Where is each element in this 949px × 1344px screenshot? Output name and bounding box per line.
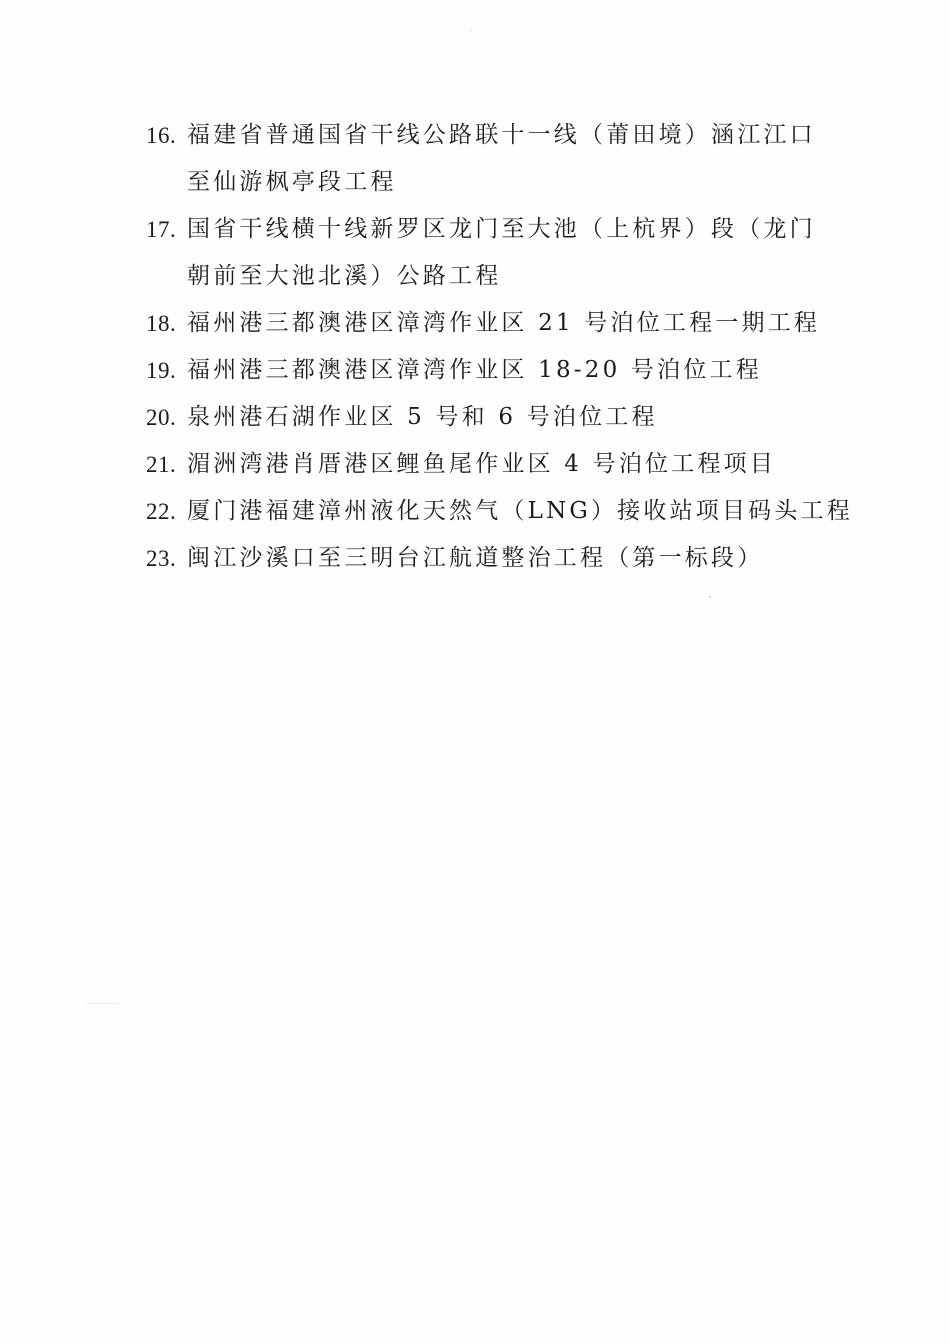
document-page: 16. 福建省普通国省干线公路联十一线（莆田境）涵江江口 至仙游枫亭段工程 17…	[0, 0, 949, 1344]
item-text-line: 福州港三都澳港区漳湾作业区 18-20 号泊位工程	[187, 347, 826, 394]
item-number: 17.	[146, 206, 176, 253]
item-number: 16.	[146, 112, 176, 159]
item-text-line: 福州港三都澳港区漳湾作业区 21 号泊位工程一期工程	[187, 300, 826, 347]
item-text-continuation: 朝前至大池北溪）公路工程	[187, 253, 826, 300]
item-text-line: 闽江沙溪口至三明台江航道整治工程（第一标段）	[187, 535, 826, 582]
list-item: 16. 福建省普通国省干线公路联十一线（莆田境）涵江江口 至仙游枫亭段工程	[146, 112, 826, 206]
list-item: 23. 闽江沙溪口至三明台江航道整治工程（第一标段）	[146, 535, 826, 582]
list-item: 17. 国省干线横十线新罗区龙门至大池（上杭界）段（龙门 朝前至大池北溪）公路工…	[146, 206, 826, 300]
item-text-line: 湄洲湾港肖厝港区鲤鱼尾作业区 4 号泊位工程项目	[187, 441, 826, 488]
scan-streak	[86, 1003, 118, 1004]
item-text-line: 泉州港石湖作业区 5 号和 6 号泊位工程	[187, 394, 826, 441]
list-item: 19. 福州港三都澳港区漳湾作业区 18-20 号泊位工程	[146, 347, 826, 394]
item-number: 21.	[146, 441, 176, 488]
item-number: 20.	[146, 394, 176, 441]
list-item: 20. 泉州港石湖作业区 5 号和 6 号泊位工程	[146, 394, 826, 441]
item-number: 22.	[146, 488, 176, 535]
item-text-line: 厦门港福建漳州液化天然气（LNG）接收站项目码头工程	[187, 488, 826, 535]
list-item: 21. 湄洲湾港肖厝港区鲤鱼尾作业区 4 号泊位工程项目	[146, 441, 826, 488]
scan-speck	[709, 596, 711, 598]
item-number: 23.	[146, 535, 176, 582]
list-item: 18. 福州港三都澳港区漳湾作业区 21 号泊位工程一期工程	[146, 300, 826, 347]
item-number: 18.	[146, 300, 176, 347]
item-text-line: 国省干线横十线新罗区龙门至大池（上杭界）段（龙门	[187, 206, 826, 253]
item-number: 19.	[146, 347, 176, 394]
item-text-continuation: 至仙游枫亭段工程	[187, 159, 826, 206]
item-text-line: 福建省普通国省干线公路联十一线（莆田境）涵江江口	[187, 112, 826, 159]
list-item: 22. 厦门港福建漳州液化天然气（LNG）接收站项目码头工程	[146, 488, 826, 535]
scan-speck	[470, 30, 472, 31]
project-list: 16. 福建省普通国省干线公路联十一线（莆田境）涵江江口 至仙游枫亭段工程 17…	[146, 112, 826, 582]
